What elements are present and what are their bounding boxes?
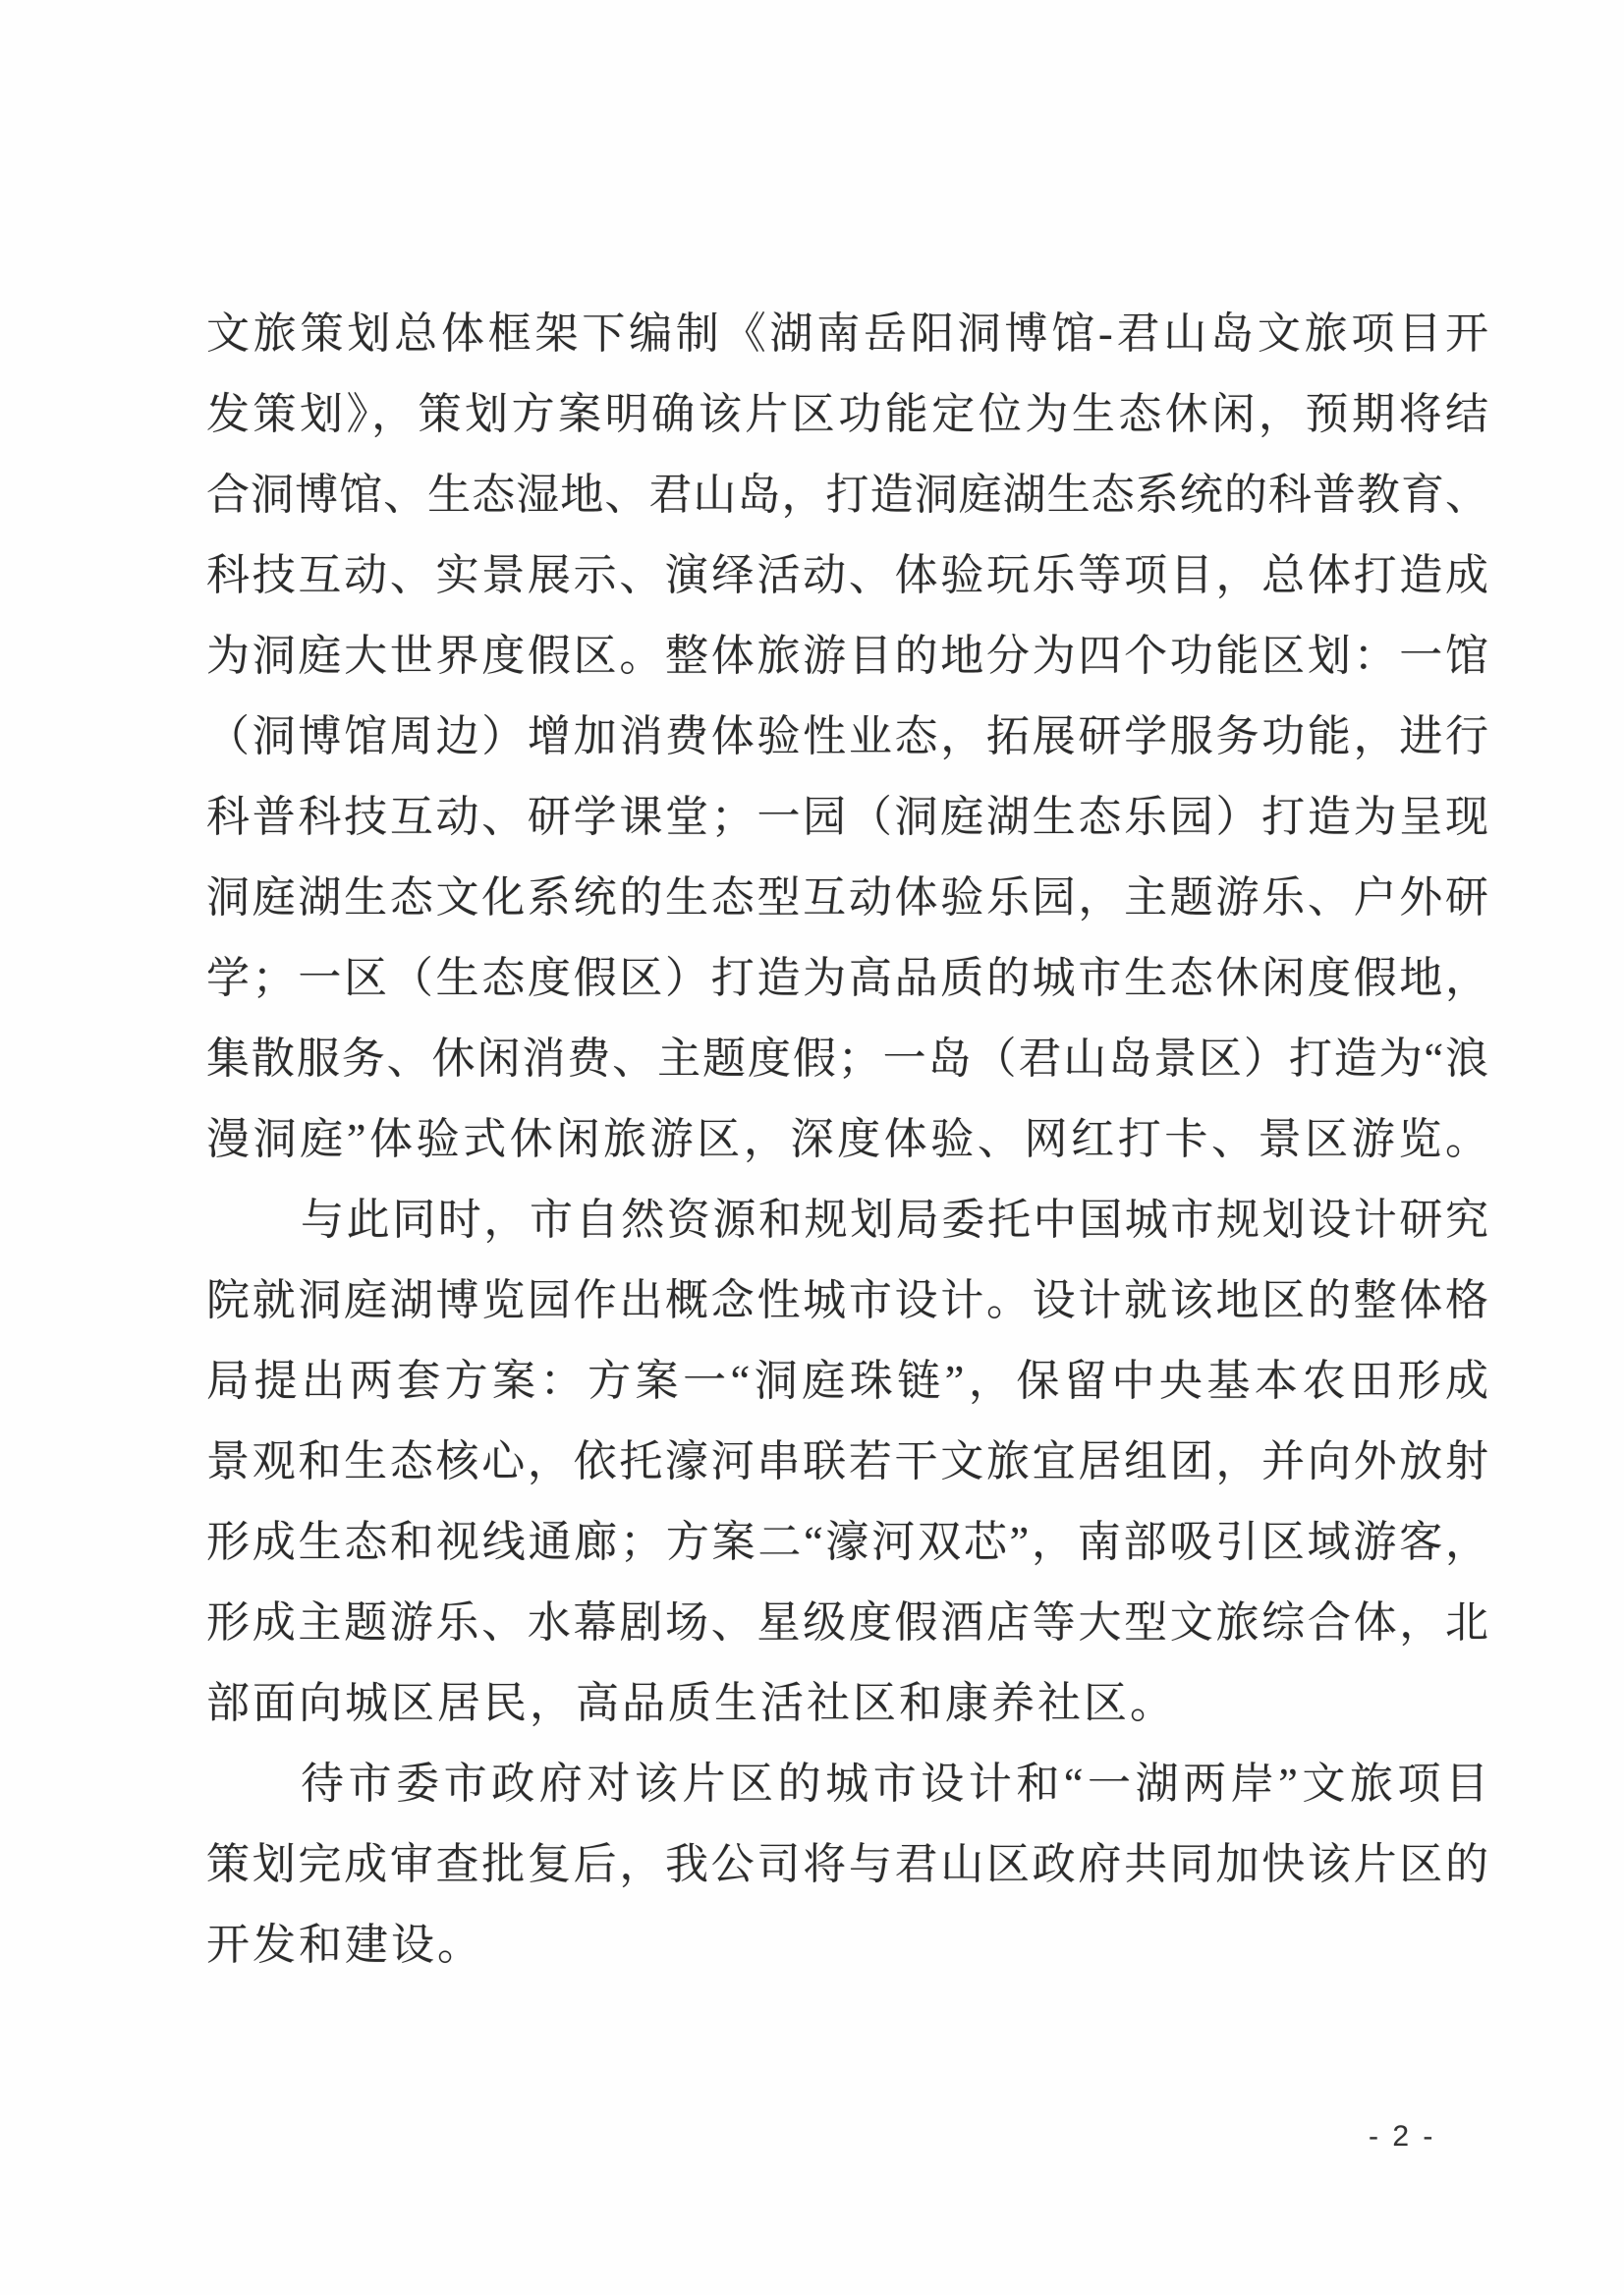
text-line: 文旅策划总体框架下编制《湖南岳阳洞博馆-君山岛文旅项目开 bbox=[206, 294, 1488, 374]
text-line: 开发和建设。 bbox=[206, 1905, 1488, 1986]
text-line: 与此同时，市自然资源和规划局委托中国城市规划设计研究 bbox=[206, 1180, 1488, 1260]
text-line: 发策划》，策划方案明确该片区功能定位为生态休闲，预期将结 bbox=[206, 374, 1488, 455]
text-line: 为洞庭大世界度假区。整体旅游目的地分为四个功能区划：一馆 bbox=[206, 616, 1488, 697]
text-line: （洞博馆周边）增加消费体验性业态，拓展研学服务功能，进行 bbox=[206, 697, 1488, 777]
text-line: 集散服务、休闲消费、主题度假；一岛（君山岛景区）打造为“浪 bbox=[206, 1019, 1488, 1099]
text-line: 形成主题游乐、水幕剧场、星级度假酒店等大型文旅综合体，北 bbox=[206, 1583, 1488, 1663]
scanned-document-page: 文旅策划总体框架下编制《湖南岳阳洞博馆-君山岛文旅项目开发策划》，策划方案明确该… bbox=[0, 0, 1624, 2295]
text-line: 形成生态和视线通廊；方案二“濠河双芯”，南部吸引区域游客， bbox=[206, 1502, 1488, 1583]
text-line: 学；一区（生态度假区）打造为高品质的城市生态休闲度假地， bbox=[206, 938, 1488, 1019]
text-line: 院就洞庭湖博览园作出概念性城市设计。设计就该地区的整体格 bbox=[206, 1260, 1488, 1341]
text-line: 科技互动、实景展示、演绎活动、体验玩乐等项目，总体打造成 bbox=[206, 535, 1488, 616]
text-line: 洞庭湖生态文化系统的生态型互动体验乐园，主题游乐、户外研 bbox=[206, 858, 1488, 938]
text-line: 漫洞庭”体验式休闲旅游区，深度体验、网红打卡、景区游览。 bbox=[206, 1099, 1488, 1180]
text-line: 待市委市政府对该片区的城市设计和“一湖两岸”文旅项目 bbox=[206, 1744, 1488, 1824]
text-line: 科普科技互动、研学课堂；一园（洞庭湖生态乐园）打造为呈现 bbox=[206, 777, 1488, 858]
document-body: 文旅策划总体框架下编制《湖南岳阳洞博馆-君山岛文旅项目开发策划》，策划方案明确该… bbox=[206, 294, 1488, 1986]
page-number: - 2 - bbox=[1369, 2120, 1435, 2154]
text-line: 部面向城区居民，高品质生活社区和康养社区。 bbox=[206, 1663, 1488, 1744]
text-line: 局提出两套方案：方案一“洞庭珠链”，保留中央基本农田形成 bbox=[206, 1341, 1488, 1422]
text-line: 景观和生态核心，依托濠河串联若干文旅宜居组团，并向外放射 bbox=[206, 1422, 1488, 1502]
text-line: 合洞博馆、生态湿地、君山岛，打造洞庭湖生态系统的科普教育、 bbox=[206, 455, 1488, 535]
text-line: 策划完成审查批复后，我公司将与君山区政府共同加快该片区的 bbox=[206, 1824, 1488, 1905]
